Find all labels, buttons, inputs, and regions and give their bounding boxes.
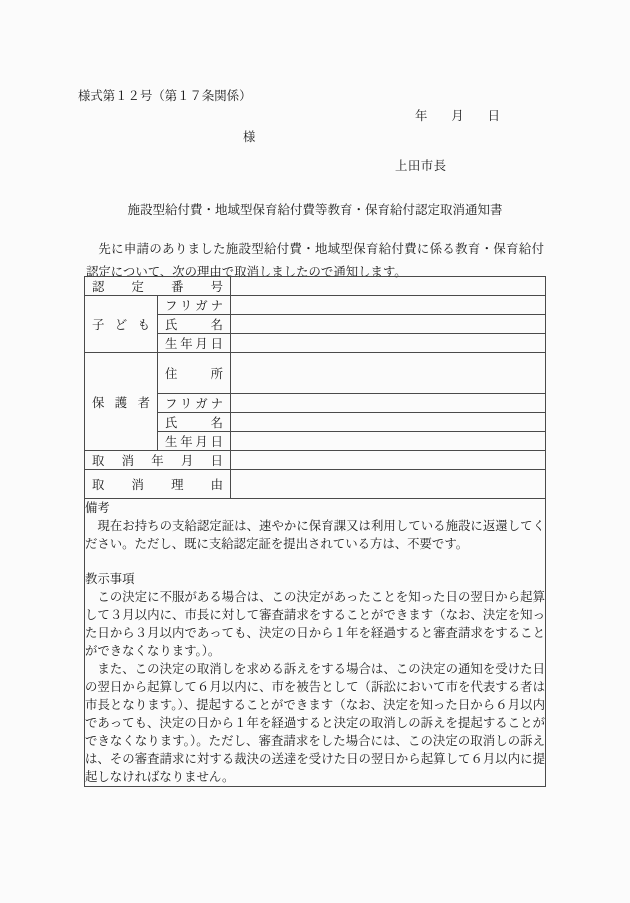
cancellation-date-label-cell: 取消年月日 xyxy=(85,451,231,470)
child-birth-date-value xyxy=(231,334,546,353)
child-name-value xyxy=(231,315,546,334)
cancellation-reason-label-cell: 取消理由 xyxy=(85,470,231,499)
remarks-heading: 備考 xyxy=(85,499,545,517)
table-row: 備考 現在お持ちの支給認定証は、速やかに保育課又は利用している施設に返還してくだ… xyxy=(85,499,546,787)
instructions-heading: 教示事項 xyxy=(85,570,545,588)
guardian-birth-date-value xyxy=(231,432,546,451)
guardian-name-label: 氏名 xyxy=(158,413,230,431)
instructions-paragraph-2: また、この決定の取消しを求める訴えをする場合は、この決定の通知を受けた日の翌日か… xyxy=(85,660,545,786)
child-birth-date-label-cell: 生年月日 xyxy=(158,334,231,353)
addressee-suffix: 様 xyxy=(243,127,255,145)
sender-name: 上田市長 xyxy=(395,156,447,174)
guardian-address-value xyxy=(231,353,546,394)
guardian-group-cell: 保護者 xyxy=(85,353,158,451)
guardian-birth-date-label-cell: 生年月日 xyxy=(158,432,231,451)
child-furigana-label-cell: フリガナ xyxy=(158,296,231,315)
certification-number-value xyxy=(231,277,546,296)
guardian-address-label: 住所 xyxy=(158,364,230,382)
document-page: 様式第１２号（第１７条関係） 年 月 日 様 上田市長 施設型給付費・地域型保育… xyxy=(0,0,630,903)
table-row: 子ども フリガナ xyxy=(85,296,546,315)
date-month-label: 月 xyxy=(451,106,463,124)
table-row: 認定番号 xyxy=(85,277,546,296)
certification-number-label: 認定番号 xyxy=(85,277,230,295)
table-row: 保護者 住所 xyxy=(85,353,546,394)
table-row: 取消年月日 xyxy=(85,451,546,470)
guardian-birth-date-label: 生年月日 xyxy=(158,432,230,450)
child-name-label-cell: 氏名 xyxy=(158,315,231,334)
table-row: 取消理由 xyxy=(85,470,546,499)
child-furigana-value xyxy=(231,296,546,315)
cancellation-reason-label: 取消理由 xyxy=(85,475,230,493)
child-group-label: 子ども xyxy=(85,315,157,333)
guardian-furigana-label-cell: フリガナ xyxy=(158,394,231,413)
guardian-name-label-cell: 氏名 xyxy=(158,413,231,432)
cancellation-date-value xyxy=(231,451,546,470)
date-day-label: 日 xyxy=(488,106,500,124)
remarks-text: 現在お持ちの支給認定証は、速やかに保育課又は利用している施設に返還してください。… xyxy=(85,517,545,553)
guardian-furigana-value xyxy=(231,394,546,413)
guardian-furigana-label: フリガナ xyxy=(158,394,230,412)
child-name-label: 氏名 xyxy=(158,315,230,333)
form-number: 様式第１２号（第１７条関係） xyxy=(78,86,251,104)
guardian-name-value xyxy=(231,413,546,432)
instructions-paragraph-1: この決定に不服がある場合は、この決定があったことを知った日の翌日から起算して３月… xyxy=(85,588,545,660)
child-birth-date-label: 生年月日 xyxy=(158,334,230,352)
cancellation-date-label: 取消年月日 xyxy=(85,451,230,469)
guardian-address-label-cell: 住所 xyxy=(158,353,231,394)
certification-number-label-cell: 認定番号 xyxy=(85,277,231,296)
child-furigana-label: フリガナ xyxy=(158,296,230,314)
date-year-label: 年 xyxy=(415,106,427,124)
guardian-group-label: 保護者 xyxy=(85,393,157,411)
cancellation-reason-value xyxy=(231,470,546,499)
child-group-cell: 子ども xyxy=(85,296,158,353)
date-line: 年 月 日 xyxy=(415,106,500,124)
document-title: 施設型給付費・地域型保育給付費等教育・保育給付認定取消通知書 xyxy=(0,200,630,218)
notes-cell: 備考 現在お持ちの支給認定証は、速やかに保育課又は利用している施設に返還してくだ… xyxy=(85,499,546,787)
certification-table: 認定番号 子ども フリガナ 氏名 生年月日 xyxy=(84,276,546,787)
